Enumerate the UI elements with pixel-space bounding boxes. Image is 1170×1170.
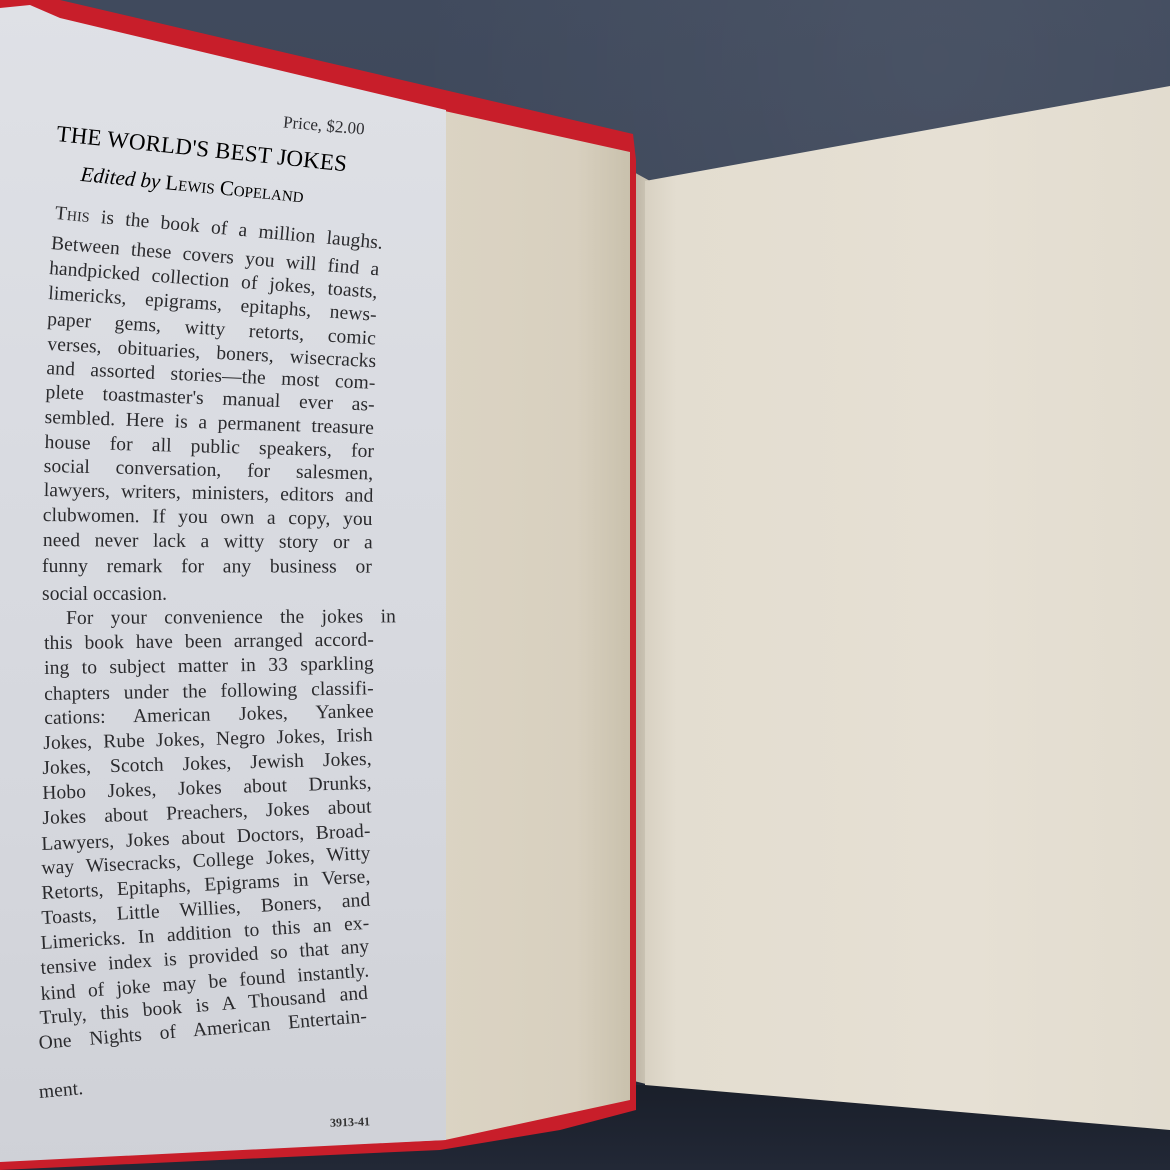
book-photo: Price, $2.00 THE WORLD'S BEST JOKES Edit…	[0, 0, 1170, 1170]
description-line: this book have been arranged accord-	[44, 630, 374, 655]
description-line: social occasion.	[42, 584, 167, 606]
description-line: need never lack a witty story or a	[43, 530, 373, 554]
description-line: funny remark for any business or	[42, 556, 372, 579]
description-line: ing to subject matter in 33 sparkling	[44, 653, 374, 680]
catalog-code: 3913-41	[330, 1114, 370, 1130]
endpaper-page	[645, 0, 1170, 1170]
description-line: ment.	[38, 1078, 84, 1104]
description-line: For your convenience the jokes in	[66, 606, 396, 630]
description-line: clubwomen. If you own a copy, you	[43, 505, 373, 531]
